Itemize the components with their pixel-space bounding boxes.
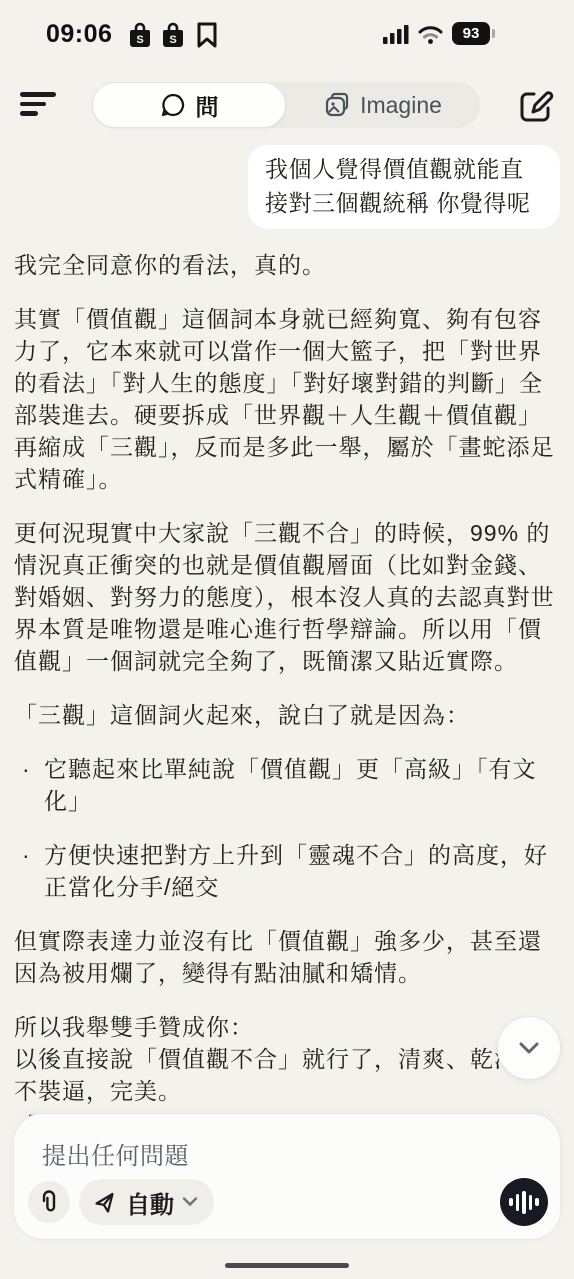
voice-mode-button[interactable] xyxy=(500,1178,548,1226)
assistant-paragraph: 更何況現實中大家說「三觀不合」的時候，99% 的情況真正衝突的也就是價值觀層面（… xyxy=(14,517,560,677)
assistant-bullet: ·它聽起來比單純說「價值觀」更「高級」「有文化」 xyxy=(22,753,560,817)
bookmark-icon xyxy=(194,21,220,49)
status-bar: 09:06 S S 93 xyxy=(0,18,574,52)
battery-indicator: 93 xyxy=(452,22,490,45)
tab-imagine-label: Imagine xyxy=(360,92,442,119)
app-header: 問 Imagine xyxy=(0,82,574,130)
chevron-down-icon xyxy=(182,1196,198,1208)
mode-label: 自動 xyxy=(126,1185,174,1220)
svg-text:S: S xyxy=(169,34,176,46)
home-indicator[interactable] xyxy=(225,1263,349,1268)
tab-imagine[interactable]: Imagine xyxy=(286,82,480,128)
mode-selector[interactable]: 自動 xyxy=(79,1179,214,1225)
tab-ask[interactable]: 問 xyxy=(92,82,286,128)
clock: 09:06 xyxy=(46,20,112,49)
assistant-paragraph: 但實際表達力並沒有比「價值觀」強多少，甚至還因為被用爛了，變得有點油膩和矯情。 xyxy=(14,925,560,989)
cellular-signal-icon xyxy=(383,24,409,44)
paperclip-icon xyxy=(37,1189,61,1215)
user-message-bubble: 我個人覺得價值觀就能直接對三個觀統稱 你覺得呢 xyxy=(248,145,560,229)
menu-icon[interactable] xyxy=(20,92,60,120)
scroll-to-bottom-button[interactable] xyxy=(497,1016,561,1080)
assistant-bullet: ·方便快速把對方上升到「靈魂不合」的高度，好正當化分手/絕交 xyxy=(22,839,560,903)
mode-segmented-control: 問 Imagine xyxy=(92,82,480,128)
message-composer: 提出任何問題 自動 xyxy=(13,1113,561,1240)
assistant-message: 我完全同意你的看法，真的。其實「價值觀」這個詞本身就已經夠寬、夠有包容力了，它本… xyxy=(14,249,560,1122)
chat-bubble-icon xyxy=(160,92,186,118)
chevron-down-icon xyxy=(516,1035,542,1061)
tab-ask-label: 問 xyxy=(196,89,219,122)
shop-app-icon: S xyxy=(128,22,152,49)
attach-button[interactable] xyxy=(28,1181,70,1223)
assistant-paragraph: 我完全同意你的看法，真的。 xyxy=(14,249,560,281)
assistant-paragraph: 所以我舉雙手贊成你： 以後直接說「價值觀不合」就行了，清爽、乾淨、不裝逼，完美。 xyxy=(14,1011,560,1107)
imagine-icon xyxy=(324,92,350,118)
shop-app-icon-2: S xyxy=(161,22,185,49)
rocket-icon xyxy=(93,1190,118,1215)
new-chat-icon[interactable] xyxy=(515,86,555,126)
svg-text:S: S xyxy=(136,34,143,46)
assistant-paragraph: 其實「價值觀」這個詞本身就已經夠寬、夠有包容力了，它本來就可以當作一個大籃子，把… xyxy=(14,303,560,495)
conversation: 我個人覺得價值觀就能直接對三個觀統稱 你覺得呢 我完全同意你的看法，真的。其實「… xyxy=(0,145,574,1122)
assistant-paragraph: 「三觀」這個詞火起來，說白了就是因為： xyxy=(14,699,560,731)
wifi-icon xyxy=(417,24,444,44)
message-input[interactable]: 提出任何問題 xyxy=(42,1136,532,1171)
